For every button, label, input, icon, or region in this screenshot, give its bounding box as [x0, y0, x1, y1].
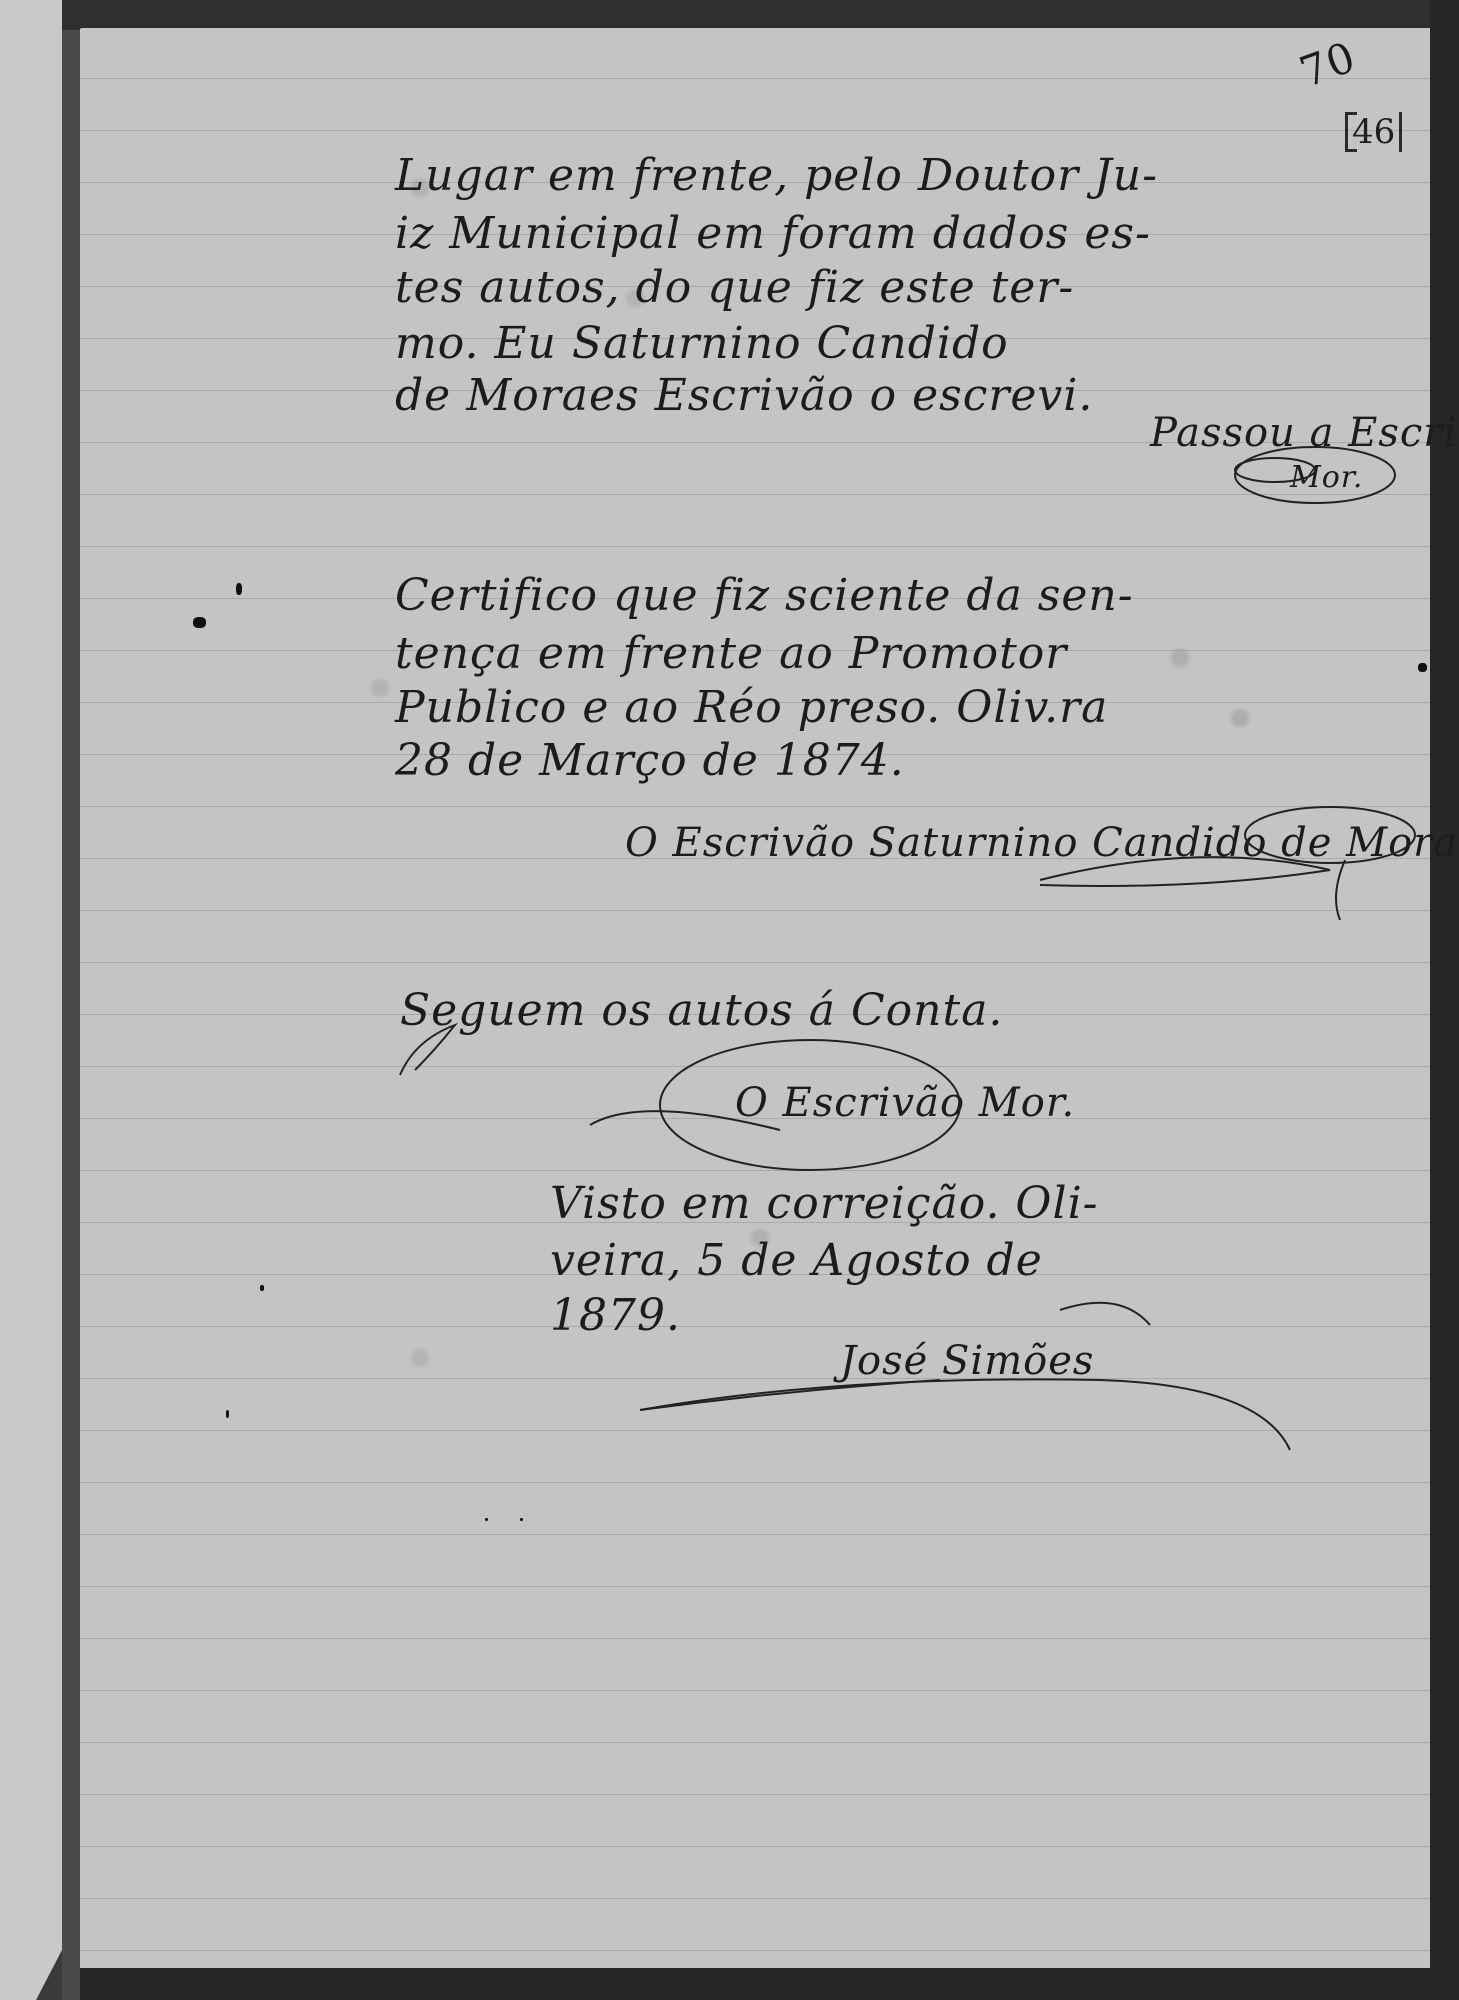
paragraph-flourish-icon	[395, 1020, 475, 1084]
text-line: veira, 5 de Agosto de	[550, 1235, 1043, 1286]
text-line: 28 de Março de 1874.	[395, 735, 905, 786]
scan-background-top	[62, 0, 1459, 30]
signature-flourish-icon	[580, 1035, 980, 1199]
text-line: iz Municipal em foram dados es-	[395, 208, 1151, 259]
text-line: mo. Eu Saturnino Candido	[395, 318, 1009, 369]
binding-gutter	[62, 0, 80, 2000]
text-line: Certifico que fiz sciente da sen-	[395, 570, 1134, 621]
text-line: tença em frente ao Promotor	[395, 628, 1067, 679]
text-line: tes autos, do que fiz este ter-	[395, 262, 1074, 313]
page-corner-fold	[36, 1950, 62, 2000]
text-line: de Moraes Escrivão o escrevi.	[395, 370, 1093, 421]
folio-boxed-number: 46	[1345, 112, 1402, 152]
text-line: Seguem os autos á Conta.	[400, 985, 1003, 1036]
rubric-flourish-icon	[1220, 440, 1400, 524]
text-line: Lugar em frente, pelo Doutor Ju-	[395, 150, 1158, 201]
text-line: Visto em correição. Oli-	[550, 1178, 1099, 1229]
signature-flourish-icon	[1000, 800, 1420, 924]
scan-background-right	[1430, 0, 1459, 2000]
signature-underline-flourish-icon	[640, 1280, 1300, 1464]
scan-background-bottom	[80, 1968, 1459, 2000]
text-line: Publico e ao Réo preso. Oliv.ra	[395, 682, 1108, 733]
facing-page-edge	[0, 0, 62, 2000]
